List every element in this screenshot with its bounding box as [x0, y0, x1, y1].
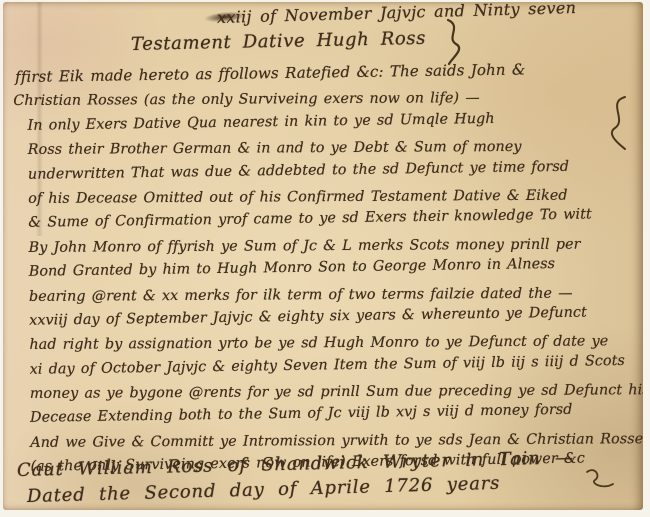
- heading-date-line: xxiij of November Jajvjc and Ninty seven: [217, 2, 637, 27]
- manuscript-scan: xxiij of November Jajvjc and Ninty seven…: [0, 0, 650, 517]
- heading-title-line: Testament Dative Hugh Ross: [131, 25, 551, 55]
- parchment-page: xxiij of November Jajvjc and Ninty seven…: [3, 2, 643, 510]
- manuscript-body: ffirst Eik made hereto as ffollows Ratef…: [13, 60, 643, 480]
- manuscript-line: ffirst Eik made hereto as ffollows Ratef…: [13, 56, 641, 90]
